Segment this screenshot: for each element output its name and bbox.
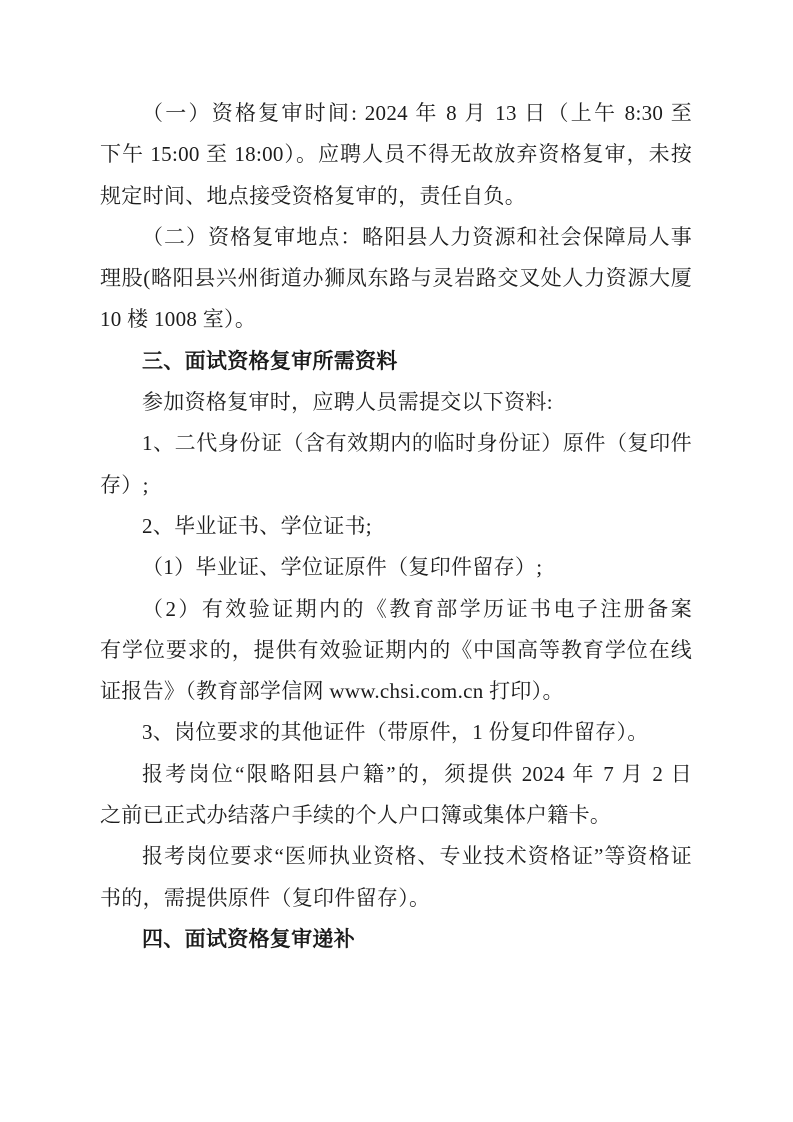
section-heading: 三、面试资格复审所需资料 — [100, 341, 692, 382]
text-line: 理股(略阳县兴州街道办狮凤东路与灵岩路交叉处人力资源大厦 — [100, 258, 692, 299]
text-line: （2）有效验证期内的《教育部学历证书电子注册备案表》， — [100, 589, 692, 630]
text-line: 之前已正式办结落户手续的个人户口簿或集体户籍卡。 — [100, 795, 692, 836]
text-line: 证报告》（教育部学信网 www.chsi.com.cn 打印）。 — [100, 671, 692, 712]
text-line: 2、毕业证书、学位证书; — [100, 506, 692, 547]
text-line: （二）资格复审地点：略阳县人力资源和社会保障局人事管 — [100, 217, 692, 258]
text-line: 3、岗位要求的其他证件（带原件，1 份复印件留存）。 — [100, 712, 692, 753]
text-line: 有学位要求的，提供有效验证期内的《中国高等教育学位在线验 — [100, 630, 692, 671]
text-line: 10 楼 1008 室）。 — [100, 299, 692, 340]
text-line: （1）毕业证、学位证原件（复印件留存）; — [100, 547, 692, 588]
section-heading: 四、面试资格复审递补 — [100, 919, 692, 960]
text-line: 存）; — [100, 465, 692, 506]
text-line: 书的，需提供原件（复印件留存）。 — [100, 878, 692, 919]
document-body: （一）资格复审时间: 2024 年 8 月 13 日（上午 8:30 至 12:… — [0, 0, 793, 960]
text-line: 1、二代身份证（含有效期内的临时身份证）原件（复印件留 — [100, 423, 692, 464]
text-line: （一）资格复审时间: 2024 年 8 月 13 日（上午 8:30 至 12:… — [100, 93, 692, 134]
text-line: 下午 15:00 至 18:00）。应聘人员不得无故放弃资格复审，未按 — [100, 134, 692, 175]
text-line: 报考岗位“限略阳县户籍”的，须提供 2024 年 7 月 2 日（含） — [100, 754, 692, 795]
text-line: 规定时间、地点接受资格复审的，责任自负。 — [100, 176, 692, 217]
text-line: 参加资格复审时，应聘人员需提交以下资料: — [100, 382, 692, 423]
text-line: 报考岗位要求“医师执业资格、专业技术资格证”等资格证 — [100, 836, 692, 877]
document-page: （一）资格复审时间: 2024 年 8 月 13 日（上午 8:30 至 12:… — [0, 0, 793, 1122]
